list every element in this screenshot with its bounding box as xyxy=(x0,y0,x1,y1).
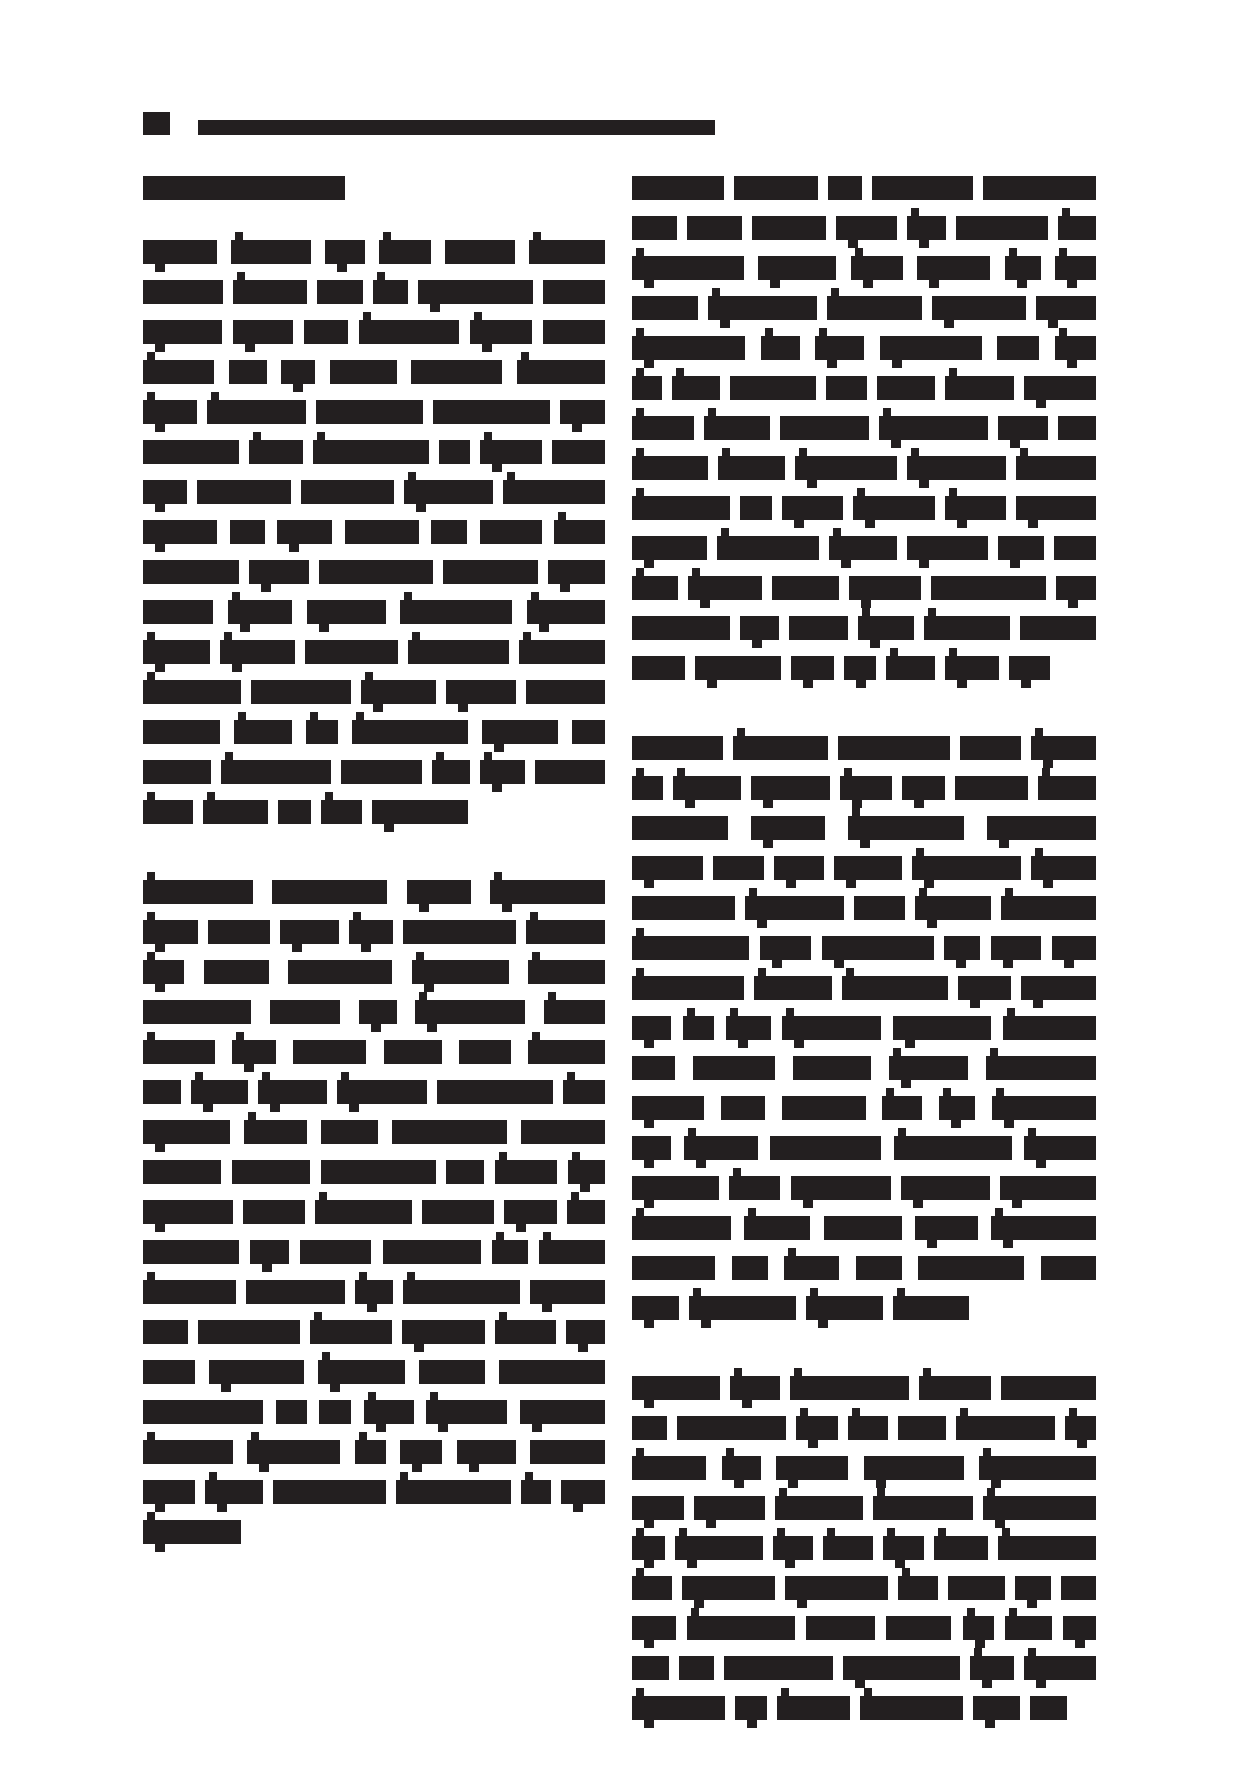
redacted-word xyxy=(143,1280,236,1304)
redacted-word xyxy=(392,1120,507,1144)
redacted-word xyxy=(907,216,946,240)
redacted-word xyxy=(632,1016,671,1040)
redacted-word xyxy=(402,1320,485,1344)
text-line xyxy=(632,256,1096,280)
redacted-word xyxy=(529,240,605,264)
redacted-word xyxy=(207,400,306,424)
redacted-word xyxy=(543,320,605,344)
redacted-word xyxy=(998,416,1048,440)
redacted-word xyxy=(143,960,184,984)
redacted-word xyxy=(143,640,210,664)
redacted-word xyxy=(730,1376,780,1400)
redacted-word xyxy=(632,496,730,520)
redacted-word xyxy=(352,720,468,744)
redacted-word xyxy=(827,296,922,320)
redacted-word xyxy=(372,800,468,824)
redacted-word xyxy=(499,1360,605,1384)
redacted-word xyxy=(521,1120,605,1144)
text-line xyxy=(143,440,605,464)
redacted-word xyxy=(539,1240,605,1264)
redacted-word xyxy=(683,1016,714,1040)
redacted-word xyxy=(304,320,348,344)
redacted-word xyxy=(345,520,419,544)
redacted-word xyxy=(708,296,817,320)
redacted-word xyxy=(856,1256,902,1280)
text-line xyxy=(143,1400,605,1424)
redacted-word xyxy=(1031,856,1096,880)
redacted-word xyxy=(918,1256,1024,1280)
redacted-word xyxy=(412,960,509,984)
redacted-word xyxy=(384,1040,442,1064)
redacted-word xyxy=(860,1696,963,1720)
redacted-word xyxy=(632,776,663,800)
redacted-word xyxy=(415,1000,525,1024)
text-line xyxy=(143,480,605,504)
redacted-word xyxy=(632,216,677,240)
redacted-word xyxy=(208,920,270,944)
redacted-word xyxy=(912,856,1021,880)
redacted-word xyxy=(872,176,973,200)
redacted-word xyxy=(341,760,422,784)
redacted-word xyxy=(695,656,781,680)
redacted-word xyxy=(1005,1616,1052,1640)
redacted-word xyxy=(632,1096,704,1120)
redacted-word xyxy=(939,1096,975,1120)
redacted-word xyxy=(143,320,222,344)
redacted-word xyxy=(319,560,433,584)
redacted-word xyxy=(751,816,825,840)
redacted-word xyxy=(1016,496,1096,520)
redacted-word xyxy=(143,1440,233,1464)
redacted-word xyxy=(143,1200,233,1224)
redacted-word xyxy=(355,1440,386,1464)
redacted-word xyxy=(521,1480,551,1504)
redacted-word xyxy=(886,1616,951,1640)
redacted-word xyxy=(530,1440,605,1464)
redacted-word xyxy=(824,1216,902,1240)
redacted-word xyxy=(143,880,253,904)
redacted-word xyxy=(782,496,843,520)
redacted-word xyxy=(815,336,864,360)
redacted-word xyxy=(1005,256,1041,280)
text-line xyxy=(632,896,1096,920)
text-line xyxy=(632,1416,1096,1440)
redacted-word xyxy=(632,1656,669,1680)
redacted-word xyxy=(293,1040,366,1064)
redacted-word xyxy=(379,240,431,264)
redacted-word xyxy=(234,720,292,744)
redacted-word xyxy=(632,336,745,360)
text-line xyxy=(143,520,605,544)
text-line xyxy=(632,1296,1000,1320)
redacted-word xyxy=(528,960,605,984)
redacted-word xyxy=(682,1576,775,1600)
redacted-word xyxy=(359,320,459,344)
redacted-word xyxy=(548,560,605,584)
redacted-word xyxy=(632,1496,684,1520)
redacted-word xyxy=(632,936,749,960)
redacted-word xyxy=(568,1160,605,1184)
redacted-word xyxy=(205,1480,263,1504)
redacted-word xyxy=(355,1280,393,1304)
redacted-word xyxy=(785,1576,888,1600)
redacted-word xyxy=(231,240,311,264)
text-line xyxy=(143,960,605,984)
redacted-word xyxy=(1058,416,1096,440)
redacted-word xyxy=(970,1656,1014,1680)
redacted-word xyxy=(1065,1416,1096,1440)
redacted-word xyxy=(1063,1616,1096,1640)
redacted-word xyxy=(404,480,493,504)
redacted-word xyxy=(1030,1696,1067,1720)
redacted-word xyxy=(873,1496,973,1520)
redacted-word xyxy=(877,376,935,400)
redacted-word xyxy=(305,640,398,664)
redacted-word xyxy=(1031,736,1096,760)
redacted-word xyxy=(431,520,467,544)
redacted-word xyxy=(632,1256,715,1280)
redacted-word xyxy=(931,576,1046,600)
redacted-word xyxy=(1056,576,1096,600)
redacted-word xyxy=(770,1136,881,1160)
redacted-word xyxy=(721,1096,765,1120)
redacted-word xyxy=(704,416,770,440)
redacted-word xyxy=(349,920,393,944)
redacted-word xyxy=(446,1160,484,1184)
text-line xyxy=(632,1696,1096,1720)
redacted-word xyxy=(882,1096,922,1120)
section-heading xyxy=(143,176,345,200)
redacted-word xyxy=(744,1216,810,1240)
redacted-word xyxy=(359,1000,397,1024)
redacted-word xyxy=(204,960,269,984)
redacted-word xyxy=(232,1040,276,1064)
text-line xyxy=(632,1016,1096,1040)
redacted-word xyxy=(973,1696,1020,1720)
text-line xyxy=(632,1096,1096,1120)
redacted-word xyxy=(632,376,662,400)
redacted-word xyxy=(306,720,338,744)
redacted-word xyxy=(519,640,605,664)
redacted-word xyxy=(684,1136,758,1160)
redacted-word xyxy=(754,976,832,1000)
redacted-word xyxy=(901,1176,990,1200)
redacted-word xyxy=(563,1080,605,1104)
redacted-word xyxy=(364,1400,414,1424)
redacted-word xyxy=(520,1400,605,1424)
redacted-word xyxy=(687,216,742,240)
redacted-word xyxy=(854,896,905,920)
redacted-word xyxy=(316,400,423,424)
redacted-word xyxy=(143,560,239,584)
redacted-word xyxy=(480,440,542,464)
redacted-word xyxy=(408,640,509,664)
redacted-word xyxy=(526,920,605,944)
redacted-word xyxy=(277,520,332,544)
text-line xyxy=(143,640,605,664)
redacted-word xyxy=(632,1216,731,1240)
redacted-word xyxy=(632,1576,672,1600)
redacted-word xyxy=(273,1480,386,1504)
redacted-word xyxy=(300,1240,371,1264)
redacted-word xyxy=(673,776,741,800)
redacted-word xyxy=(795,456,897,480)
redacted-word xyxy=(948,1576,1005,1600)
redacted-word xyxy=(143,520,217,544)
redacted-word xyxy=(958,976,1011,1000)
redacted-word xyxy=(1058,216,1096,240)
redacted-word xyxy=(560,400,605,424)
text-line xyxy=(632,1656,1096,1680)
redacted-word xyxy=(826,376,867,400)
text-line xyxy=(143,880,605,904)
redacted-word xyxy=(834,856,902,880)
redacted-word xyxy=(143,1160,221,1184)
redacted-word xyxy=(632,176,724,200)
redacted-word xyxy=(849,576,921,600)
redacted-word xyxy=(880,336,982,360)
redacted-word xyxy=(823,1536,873,1560)
redacted-word xyxy=(310,1320,392,1344)
text-line xyxy=(143,1480,605,1504)
redacted-word xyxy=(828,176,862,200)
redacted-word xyxy=(1021,976,1096,1000)
redacted-word xyxy=(932,296,1026,320)
redacted-word xyxy=(244,1120,307,1144)
text-line xyxy=(143,360,605,384)
redacted-word xyxy=(143,1240,239,1264)
redacted-word xyxy=(1054,536,1096,560)
redacted-word xyxy=(987,816,1096,840)
text-line xyxy=(143,1320,605,1344)
text-line xyxy=(632,1456,1096,1480)
text-line xyxy=(143,760,605,784)
text-line xyxy=(632,1616,1096,1640)
redacted-word xyxy=(1015,1576,1051,1600)
redacted-word xyxy=(1016,456,1096,480)
redacted-word xyxy=(258,1080,327,1104)
redacted-word xyxy=(480,520,542,544)
redacted-word xyxy=(433,400,550,424)
redacted-word xyxy=(561,1480,605,1504)
redacted-word xyxy=(722,1456,761,1480)
redacted-word xyxy=(632,616,730,640)
redacted-word xyxy=(672,376,720,400)
redacted-word xyxy=(482,720,558,744)
redacted-word xyxy=(842,976,948,1000)
redacted-word xyxy=(956,216,1048,240)
redacted-word xyxy=(724,1656,833,1680)
redacted-word xyxy=(1020,616,1096,640)
redacted-word xyxy=(632,1176,719,1200)
redacted-word xyxy=(806,1296,883,1320)
redacted-word xyxy=(679,1656,714,1680)
redacted-word xyxy=(272,880,387,904)
redacted-word xyxy=(632,536,707,560)
redacted-word xyxy=(986,1056,1096,1080)
redacted-word xyxy=(361,680,436,704)
redacted-word xyxy=(307,600,386,624)
redacted-word xyxy=(689,1296,796,1320)
redacted-word xyxy=(504,1200,557,1224)
text-line xyxy=(143,1120,605,1144)
redacted-word xyxy=(917,256,990,280)
text-line xyxy=(143,1360,605,1384)
redacted-word xyxy=(688,576,762,600)
text-line xyxy=(143,1440,605,1464)
redacted-word xyxy=(143,600,213,624)
text-line xyxy=(632,336,1096,360)
redacted-word xyxy=(143,1360,195,1384)
redacted-word xyxy=(864,1456,964,1480)
redacted-word xyxy=(632,256,744,280)
redacted-word xyxy=(632,1056,675,1080)
redacted-word xyxy=(445,240,515,264)
redacted-word xyxy=(789,616,848,640)
redacted-word xyxy=(729,1176,780,1200)
redacted-word xyxy=(426,1400,507,1424)
redacted-word xyxy=(632,1696,725,1720)
redacted-word xyxy=(782,1096,866,1120)
redacted-word xyxy=(544,1000,605,1024)
redacted-word xyxy=(503,480,605,504)
redacted-word xyxy=(751,776,830,800)
redacted-word xyxy=(752,216,826,240)
redacted-word xyxy=(396,1480,511,1504)
redacted-word xyxy=(1009,656,1050,680)
text-line xyxy=(143,1280,605,1304)
redacted-word xyxy=(675,1536,763,1560)
text-line xyxy=(632,496,1096,520)
redacted-word xyxy=(907,536,988,560)
redacted-word xyxy=(143,1120,230,1144)
redacted-word xyxy=(567,1200,605,1224)
text-line xyxy=(632,1576,1096,1600)
redacted-word xyxy=(554,520,605,544)
text-line xyxy=(632,1136,1096,1160)
redacted-word xyxy=(793,1056,871,1080)
text-line xyxy=(632,616,1096,640)
text-line xyxy=(632,1216,1096,1240)
redacted-word xyxy=(955,776,1028,800)
text-line xyxy=(143,920,605,944)
redacted-word xyxy=(991,936,1041,960)
redacted-word xyxy=(1038,776,1096,800)
redacted-word xyxy=(632,816,728,840)
redacted-word xyxy=(998,1536,1096,1560)
redacted-word xyxy=(203,800,268,824)
redacted-word xyxy=(945,376,1014,400)
redacted-word xyxy=(632,456,708,480)
text-line xyxy=(632,1376,1096,1400)
redacted-word xyxy=(321,1160,436,1184)
redacted-word xyxy=(718,456,785,480)
redacted-word xyxy=(844,656,876,680)
redacted-word xyxy=(437,1080,553,1104)
redacted-word xyxy=(790,1376,909,1400)
redacted-word xyxy=(726,1016,771,1040)
redacted-word xyxy=(822,936,934,960)
redacted-word xyxy=(250,1240,289,1264)
redacted-word xyxy=(889,1056,968,1080)
redacted-word xyxy=(945,496,1006,520)
text-line xyxy=(143,1040,605,1064)
redacted-word xyxy=(552,440,605,464)
redacted-word xyxy=(898,1576,938,1600)
redacted-word xyxy=(198,1320,300,1344)
redacted-word xyxy=(143,240,217,264)
redacted-word xyxy=(143,1080,181,1104)
redacted-word xyxy=(632,296,698,320)
redacted-word xyxy=(337,1080,427,1104)
redacted-word xyxy=(843,1656,960,1680)
redacted-word xyxy=(902,776,945,800)
text-line xyxy=(143,1080,605,1104)
redacted-word xyxy=(572,720,605,744)
text-line xyxy=(632,216,1096,240)
redacted-word xyxy=(209,1360,304,1384)
redacted-word xyxy=(745,896,844,920)
redacted-word xyxy=(915,1216,978,1240)
redacted-word xyxy=(246,1280,345,1304)
redacted-word xyxy=(761,336,800,360)
redacted-word xyxy=(383,1240,481,1264)
text-line xyxy=(632,1256,1096,1280)
redacted-word xyxy=(983,176,1096,200)
redacted-word xyxy=(221,760,331,784)
text-line xyxy=(143,1000,605,1024)
running-title xyxy=(198,120,715,135)
text-line xyxy=(143,1240,605,1264)
redacted-word xyxy=(907,456,1006,480)
redacted-word xyxy=(143,400,197,424)
redacted-word xyxy=(898,1416,946,1440)
redacted-word xyxy=(945,656,999,680)
redacted-word xyxy=(528,1040,605,1064)
text-line xyxy=(143,1160,605,1184)
redacted-word xyxy=(278,800,311,824)
redacted-word xyxy=(893,1296,969,1320)
redacted-word xyxy=(1061,1576,1096,1600)
redacted-word xyxy=(143,1520,241,1544)
redacted-word xyxy=(1001,896,1096,920)
redacted-word xyxy=(992,1096,1096,1120)
redacted-word xyxy=(934,1536,988,1560)
redacted-word xyxy=(1041,1256,1096,1280)
redacted-word xyxy=(490,880,605,904)
text-line xyxy=(632,416,1096,440)
redacted-word xyxy=(806,1616,875,1640)
text-line xyxy=(632,576,1096,600)
redacted-word xyxy=(997,336,1039,360)
redacted-word xyxy=(446,680,516,704)
redacted-word xyxy=(848,1416,888,1440)
redacted-word xyxy=(983,1496,1096,1520)
redacted-word xyxy=(443,560,538,584)
text-line xyxy=(632,656,1050,680)
redacted-word xyxy=(143,1400,263,1424)
redacted-word xyxy=(301,480,394,504)
redacted-word xyxy=(632,576,678,600)
redacted-word xyxy=(915,896,991,920)
page-number xyxy=(143,112,170,135)
text-line xyxy=(143,400,605,424)
redacted-word xyxy=(143,800,193,824)
text-line xyxy=(632,1176,1096,1200)
redacted-word xyxy=(740,616,779,640)
redacted-word xyxy=(243,1200,305,1224)
redacted-word xyxy=(829,536,897,560)
